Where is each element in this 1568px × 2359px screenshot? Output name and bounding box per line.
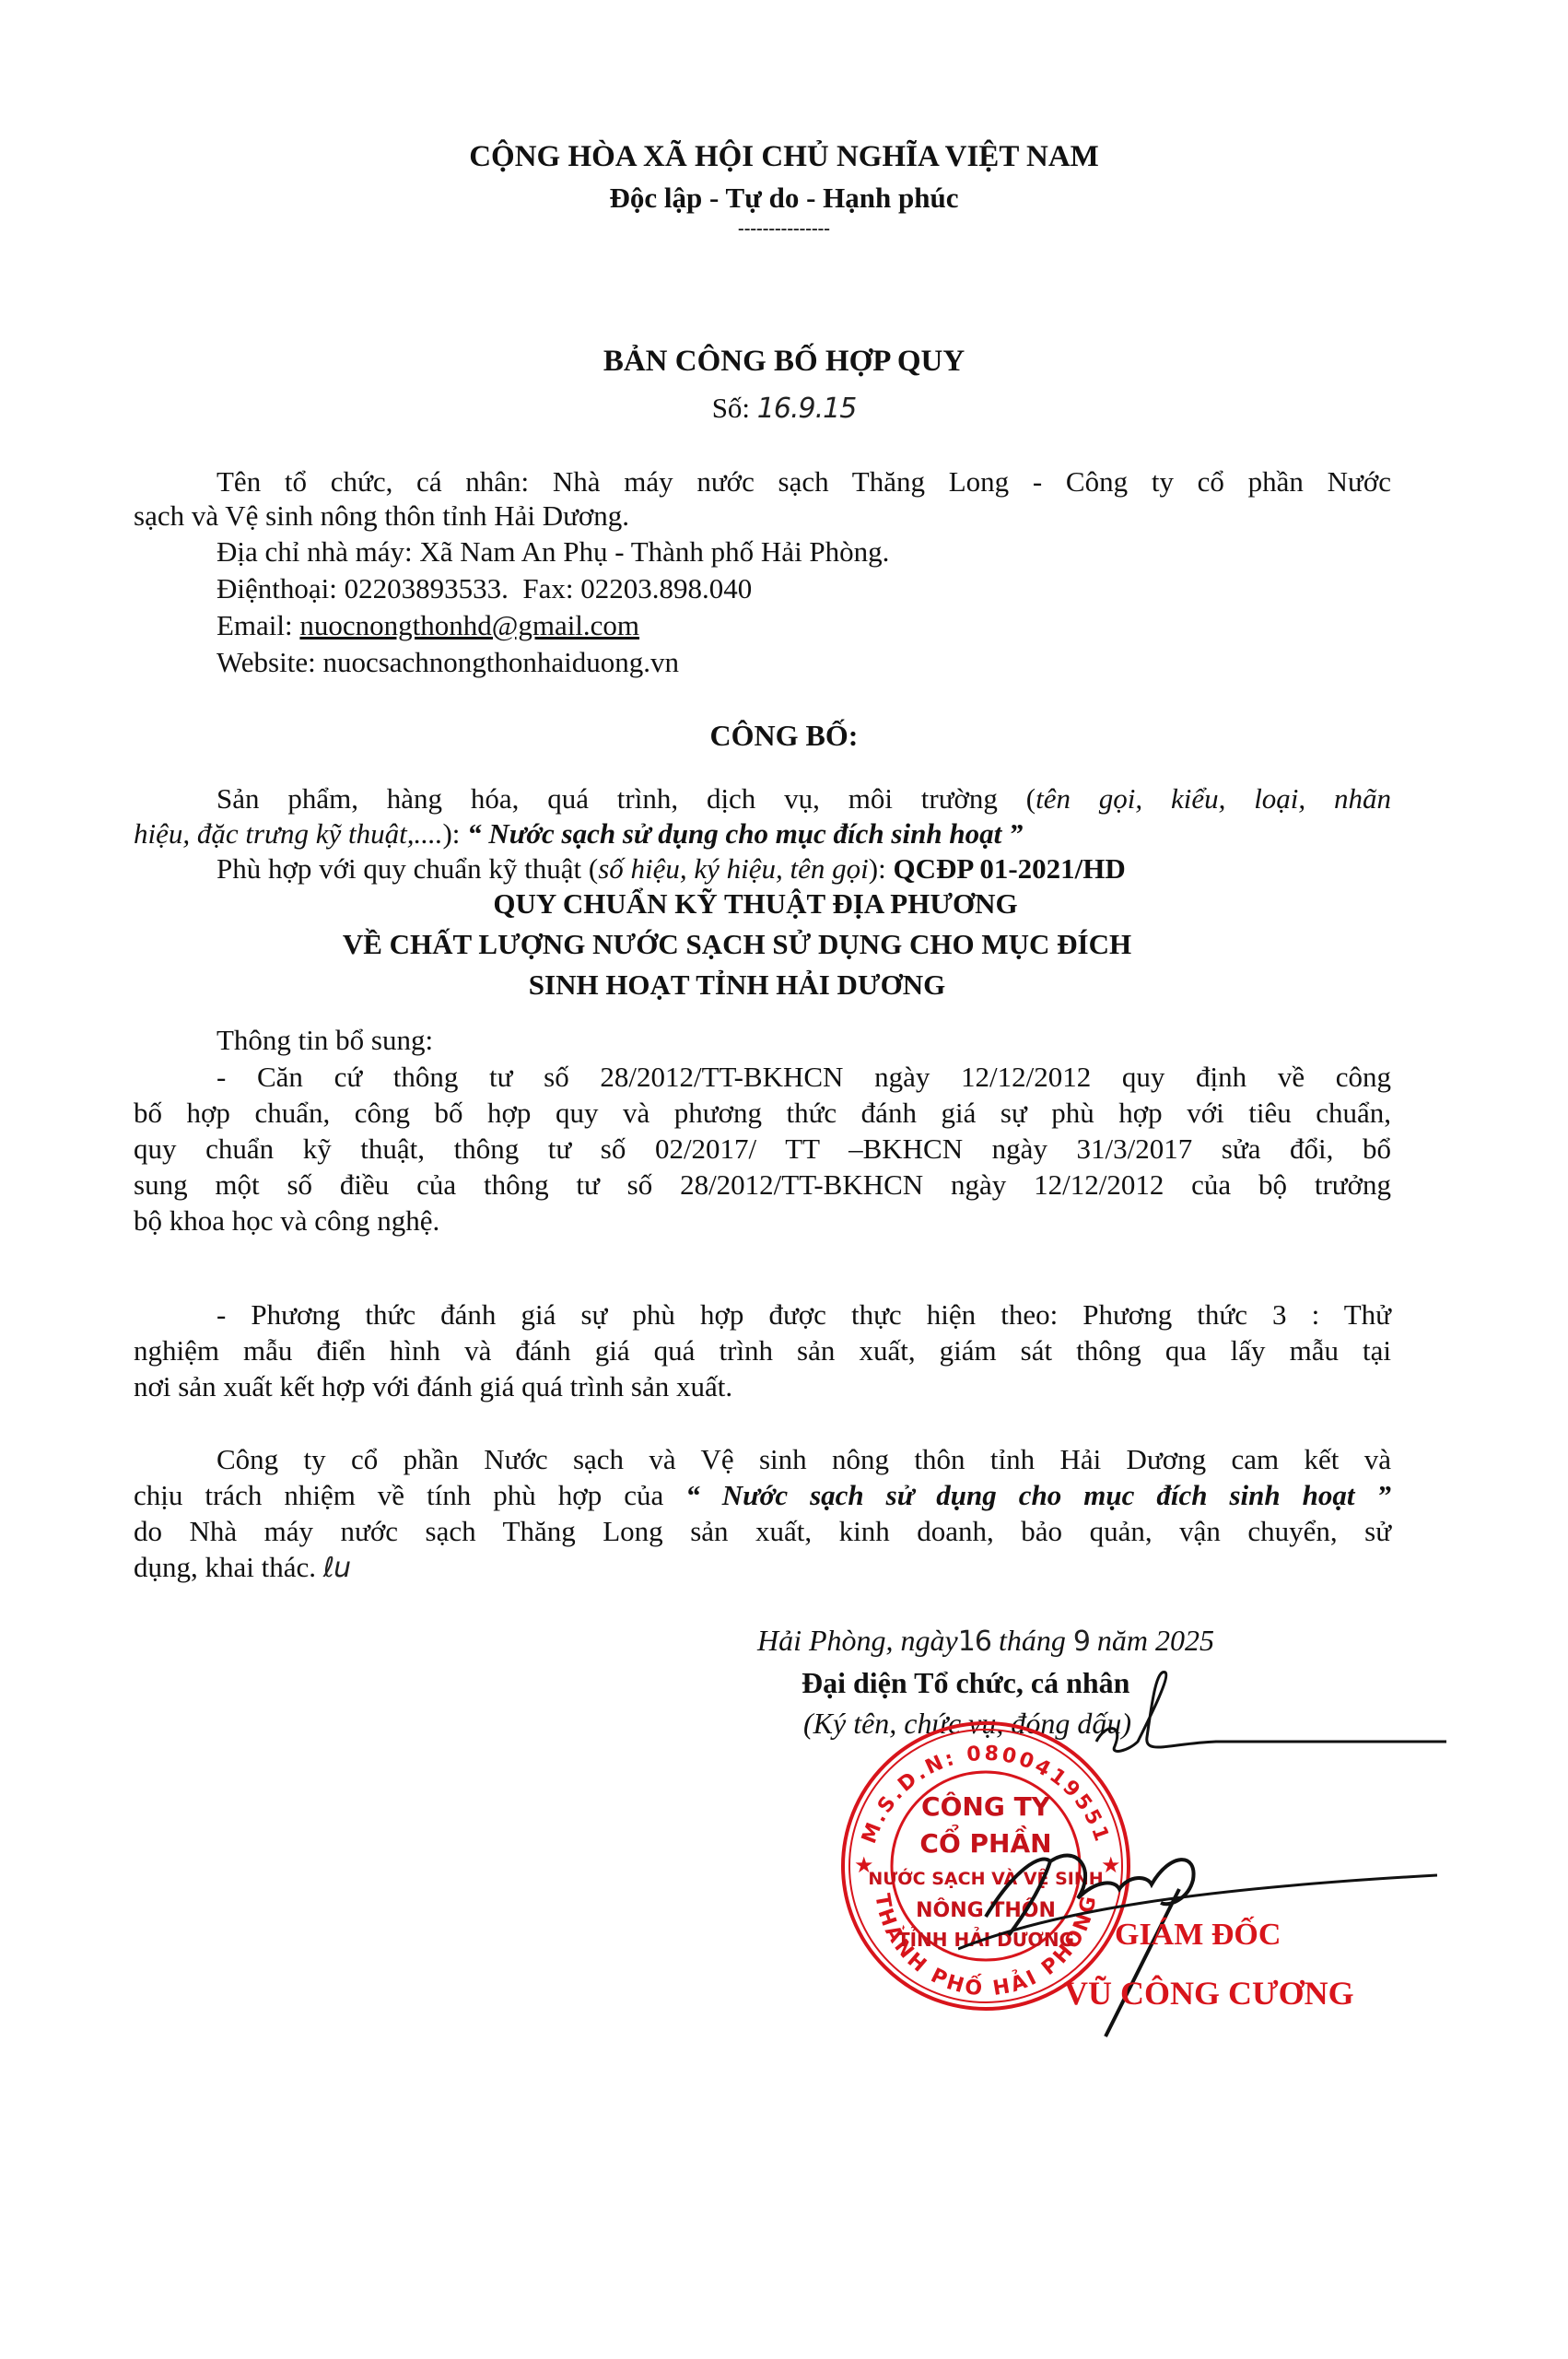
product-hint-2: hiệu, đặc trưng kỹ thuật,.... <box>134 817 442 850</box>
org-name-label: Tên tổ chức, cá nhân: <box>134 465 529 498</box>
phone-value: 02203893533. <box>345 572 509 604</box>
phone-label: Điệnthoại: <box>216 572 337 604</box>
commitment-line4: dụng, khai thác. ℓu <box>134 1550 1391 1585</box>
national-motto: Độc lập - Tự do - Hạnh phúc <box>0 181 1568 215</box>
legal-basis-line: quy chuẩn kỹ thuật, thông tư số 02/2017/… <box>134 1132 1391 1166</box>
document-number-label: Số: <box>712 392 750 424</box>
email-link[interactable]: nuocnongthonhd@gmail.com <box>299 609 639 641</box>
standard-title-3: SINH HOẠT TỈNH HẢI DƯƠNG <box>0 968 1474 1002</box>
month-label: tháng <box>999 1624 1066 1657</box>
org-name-line2: sạch và Vệ sinh nông thôn tỉnh Hải Dương… <box>134 499 1391 533</box>
assessment-method-line: nghiệm mẫu điển hình và đánh giá quá trì… <box>134 1333 1391 1367</box>
standard-line: Phù hợp với quy chuẩn kỹ thuật (số hiệu,… <box>216 851 1474 886</box>
initial-signature <box>1087 1668 1456 1760</box>
commitment-text-2: chịu trách nhiệm về tính phù hợp của <box>134 1479 685 1511</box>
address-value: Xã Nam An Phụ - Thành phố Hải Phòng. <box>419 535 889 568</box>
date-day: 16 <box>958 1625 991 1658</box>
org-address: Địa chỉ nhà máy: Xã Nam An Phụ - Thành p… <box>216 534 1474 569</box>
commitment-text-4: dụng, khai thác. <box>134 1551 316 1583</box>
place-date: Hải Phòng, ngày16 tháng 9 năm 2025 <box>757 1624 1214 1659</box>
svg-text:CÔNG TY: CÔNG TY <box>921 1790 1051 1822</box>
address-label: Địa chỉ nhà máy: <box>216 535 413 568</box>
standard-prefix: Phù hợp với quy chuẩn kỹ thuật ( <box>216 852 598 885</box>
org-website: Website: nuocsachnongthonhaiduong.vn <box>216 645 1474 679</box>
commitment-product: “ Nước sạch sử dụng cho mục đích sinh ho… <box>685 1479 1391 1511</box>
commitment-line3: do Nhà máy nước sạch Thăng Long sản xuất… <box>134 1514 1391 1548</box>
org-name-line1: Tên tổ chức, cá nhân: Nhà máy nước sạch … <box>134 464 1391 499</box>
standard-title-1: QUY CHUẨN KỸ THUẬT ĐỊA PHƯƠNG <box>0 886 1511 921</box>
legal-basis-line: bộ khoa học và công nghệ. <box>134 1203 1391 1238</box>
org-email: Email: nuocnongthonhd@gmail.com <box>216 608 1474 642</box>
standard-hint: số hiệu, ký hiệu, tên gọi <box>598 852 869 885</box>
director-name: VŨ CÔNG CƯƠNG <box>1064 1974 1354 2013</box>
product-hint-1: tên gọi, kiểu, loại, nhãn <box>1036 782 1391 815</box>
org-name-value: Nhà máy nước sạch Thăng Long - Công ty c… <box>553 465 1391 498</box>
org-contact: Điệnthoại: 02203893533. Fax: 02203.898.0… <box>216 571 1474 605</box>
standard-mid: ): <box>869 852 894 885</box>
document-page: CỘNG HÒA XÃ HỘI CHỦ NGHĨA VIỆT NAM Độc l… <box>0 0 1568 2359</box>
year-label: năm 2025 <box>1097 1624 1214 1657</box>
product-line1: Sản phẩm, hàng hóa, quá trình, dịch vụ, … <box>134 781 1391 816</box>
header-separator: --------------- <box>0 217 1568 240</box>
legal-basis-line: bố hợp chuẩn, công bố hợp quy và phương … <box>134 1096 1391 1130</box>
document-number-value: 16.9.15 <box>757 393 857 425</box>
commitment-line2: chịu trách nhiệm về tính phù hợp của “ N… <box>134 1478 1391 1512</box>
document-number: Số: 16.9.15 <box>0 391 1568 426</box>
additional-info-heading: Thông tin bổ sung: <box>216 1023 1474 1057</box>
website-label: Website: <box>216 646 316 678</box>
place-date-prefix: Hải Phòng, ngày <box>757 1624 958 1657</box>
legal-basis-line: - Căn cứ thông tư số 28/2012/TT-BKHCN ng… <box>216 1060 1391 1094</box>
product-mid: ): <box>442 817 467 850</box>
legal-basis-line: sung một số điều của thông tư số 28/2012… <box>134 1168 1391 1202</box>
commitment-text-1: Công ty cổ phần Nước sạch và Vệ sinh nôn… <box>134 1443 1391 1475</box>
assessment-method-line: nơi sản xuất kết hợp với đánh giá quá tr… <box>134 1369 1391 1403</box>
website-value: nuocsachnongthonhaiduong.vn <box>322 646 679 678</box>
declaration-heading: CÔNG BỐ: <box>0 719 1568 753</box>
fax-label: Fax: <box>522 572 573 604</box>
date-month: 9 <box>1073 1625 1090 1658</box>
commitment-line1: Công ty cổ phần Nước sạch và Vệ sinh nôn… <box>134 1442 1391 1476</box>
product-line2: hiệu, đặc trưng kỹ thuật,....): “ Nước s… <box>134 816 1391 851</box>
standard-code: QCĐP 01-2021/HD <box>893 852 1125 885</box>
product-prefix: Sản phẩm, hàng hóa, quá trình, dịch vụ, … <box>134 782 1036 815</box>
product-name: “ Nước sạch sử dụng cho mục đích sinh ho… <box>467 817 1023 850</box>
country-name: CỘNG HÒA XÃ HỘI CHỦ NGHĨA VIỆT NAM <box>0 138 1568 175</box>
fax-value: 02203.898.040 <box>580 572 752 604</box>
initials: ℓu <box>323 1552 350 1584</box>
representative-label: Đại diện Tổ chức, cá nhân <box>802 1666 1129 1700</box>
standard-title-2: VỀ CHẤT LƯỢNG NƯỚC SẠCH SỬ DỤNG CHO MỤC … <box>0 927 1474 961</box>
director-title: GIÁM ĐỐC <box>1115 1917 1281 1954</box>
assessment-method-line: - Phương thức đánh giá sự phù hợp được t… <box>216 1297 1391 1332</box>
email-label: Email: <box>216 609 293 641</box>
document-title: BẢN CÔNG BỐ HỢP QUY <box>0 343 1568 380</box>
